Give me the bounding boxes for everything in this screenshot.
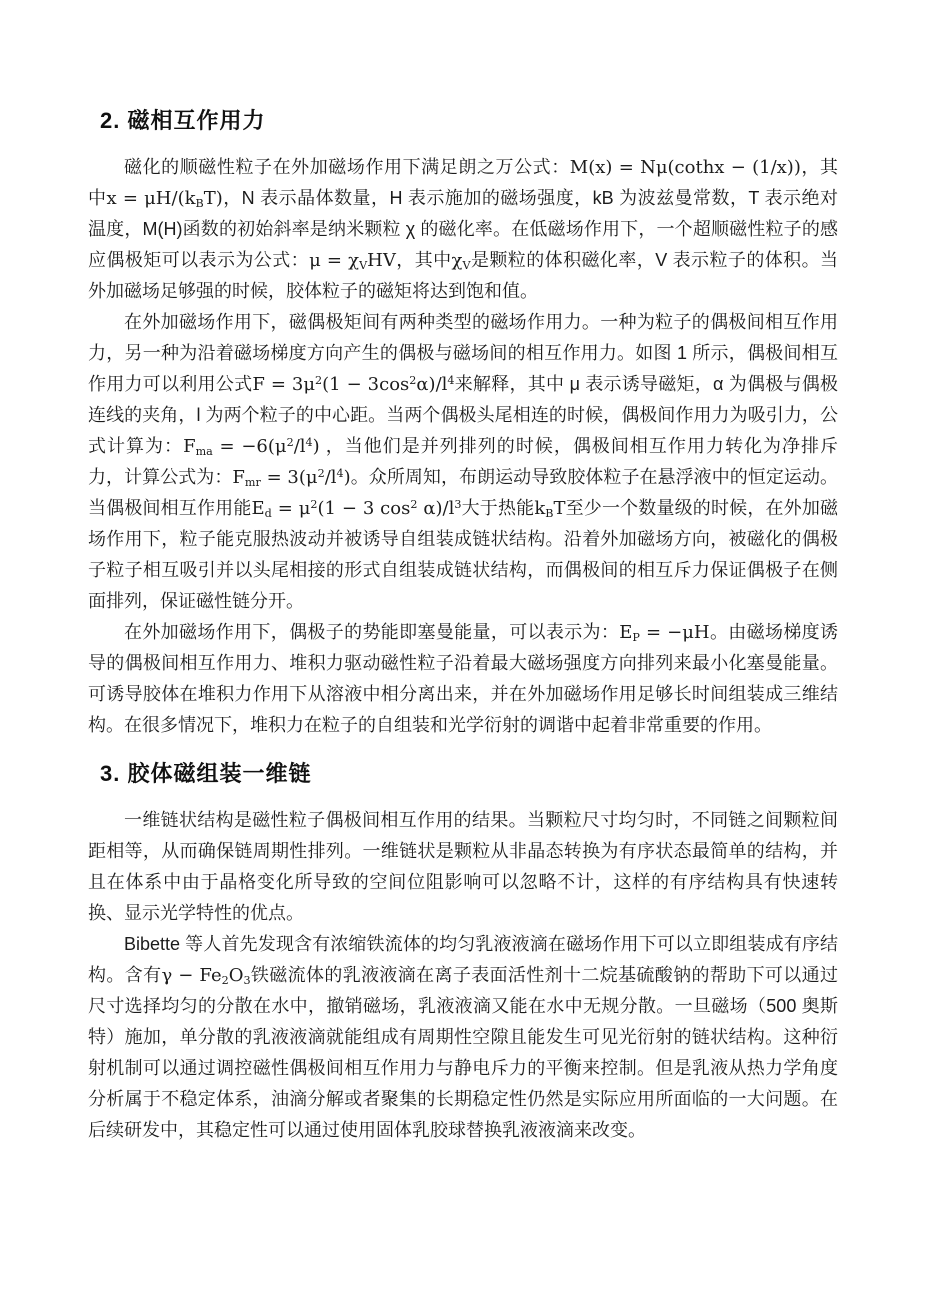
text-run: 一维链状结构是磁性粒子偶极间相互作用的结果。当颗粒尺寸均匀时，不同链之间颗粒间距…: [88, 810, 838, 923]
inline-formula: EP = −μH: [619, 622, 709, 643]
section-heading-section-2: 2. 磁相互作用力: [88, 106, 838, 136]
text-run: ，其中: [396, 250, 452, 270]
inline-formula: kBT: [534, 498, 565, 519]
paragraph-para-4: 一维链状结构是磁性粒子偶极间相互作用的结果。当颗粒尺寸均匀时，不同链之间颗粒间距…: [88, 805, 838, 929]
inline-formula: χV: [452, 250, 471, 271]
inline-formula: Fmr = 3(μ2/l4): [232, 467, 350, 488]
inline-formula: Fma = −6(μ2/l4): [183, 436, 320, 457]
text-run: 大于热能: [461, 498, 534, 518]
inline-formula: Ed = μ2(1 − 3 cos2 α)/l3: [252, 498, 462, 519]
section-heading-section-3: 3. 胶体磁组装一维链: [88, 759, 838, 789]
paragraph-para-5: Bibette 等人首先发现含有浓缩铁流体的均匀乳液液滴在磁场作用下可以立即组装…: [88, 929, 838, 1146]
text-run: 磁化的顺磁性粒子在外加磁场作用下满足朗之万公式：: [124, 157, 570, 177]
inline-formula: F = 3μ2(1 − 3cos2α)/l4: [252, 374, 454, 395]
paragraph-para-2: 在外加磁场作用下，磁偶极矩间有两种类型的磁场作用力。一种为粒子的偶极间相互作用力…: [88, 307, 838, 617]
inline-formula: γ − Fe2O3: [161, 965, 250, 986]
text-run: 铁磁流体的乳液液滴在离子表面活性剂十二烷基硫酸钠的帮助下可以通过尺寸选择均匀的分…: [88, 965, 838, 1140]
inline-formula: x = μH/(kBT): [106, 188, 222, 209]
document-content: 2. 磁相互作用力磁化的顺磁性粒子在外加磁场作用下满足朗之万公式：M(x) = …: [88, 106, 838, 1146]
paragraph-para-3: 在外加磁场作用下，偶极子的势能即塞曼能量，可以表示为：EP = −μH。由磁场梯…: [88, 617, 838, 741]
text-run: 在外加磁场作用下，偶极子的势能即塞曼能量，可以表示为：: [124, 622, 619, 642]
inline-formula: M(x) = Nμ(cothx − (1/x)): [570, 157, 801, 178]
inline-formula: μ = χVHV: [309, 250, 396, 271]
document-page: 2. 磁相互作用力磁化的顺磁性粒子在外加磁场作用下满足朗之万公式：M(x) = …: [0, 0, 926, 1309]
paragraph-para-1: 磁化的顺磁性粒子在外加磁场作用下满足朗之万公式：M(x) = Nμ(cothx …: [88, 152, 838, 307]
